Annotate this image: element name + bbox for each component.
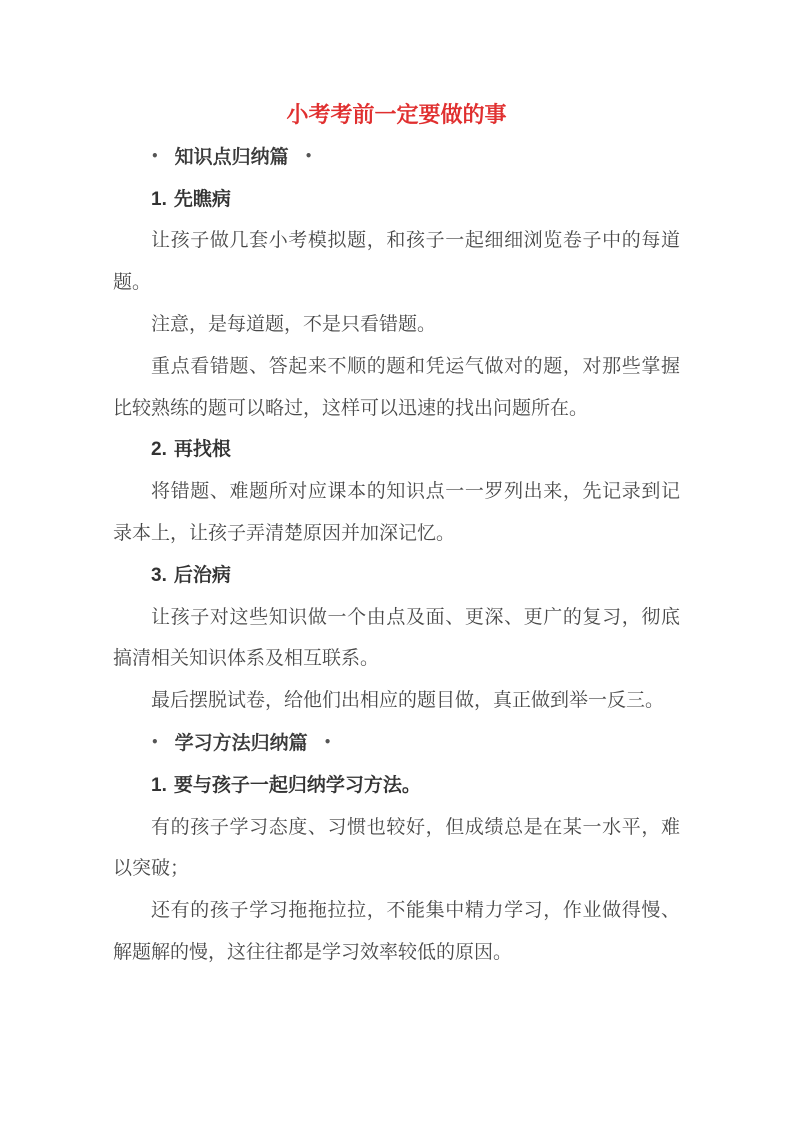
paragraph: 最后摆脱试卷，给他们出相应的题目做，真正做到举一反三。 (113, 680, 680, 722)
document-page: 小考考前一定要做的事 •知识点归纳篇•1.先瞧病让孩子做几套小考模拟题，和孩子一… (0, 0, 793, 1122)
heading-number: 1. (151, 775, 167, 796)
section-bullet-icon: • (151, 735, 159, 749)
list-heading: 1.要与孩子一起归纳学习方法。 (113, 765, 680, 807)
paragraph: 有的孩子学习态度、习惯也较好，但成绩总是在某一水平，难以突破； (113, 807, 680, 891)
section-header-label: 学习方法归纳篇 (175, 733, 308, 754)
heading-text: 要与孩子一起归纳学习方法。 (174, 775, 421, 796)
section-bullet-icon: • (324, 735, 332, 749)
paragraph: 还有的孩子学习拖拖拉拉，不能集中精力学习，作业做得慢、解题解的慢，这往往都是学习… (113, 890, 680, 974)
heading-text: 后治病 (174, 565, 231, 586)
section-bullet-icon: • (305, 149, 313, 163)
paragraph: 将错题、难题所对应课本的知识点一一罗列出来，先记录到记录本上，让孩子弄清楚原因并… (113, 471, 680, 555)
paragraph: 让孩子做几套小考模拟题，和孩子一起细细浏览卷子中的每道题。 (113, 220, 680, 304)
list-heading: 3.后治病 (113, 555, 680, 597)
paragraph: 让孩子对这些知识做一个由点及面、更深、更广的复习，彻底搞清相关知识体系及相互联系… (113, 597, 680, 681)
list-heading: 1.先瞧病 (113, 179, 680, 221)
heading-text: 先瞧病 (174, 189, 231, 210)
paragraph: 注意，是每道题，不是只看错题。 (113, 304, 680, 346)
section-header: •知识点归纳篇• (113, 136, 680, 179)
heading-number: 3. (151, 565, 167, 586)
heading-number: 1. (151, 189, 167, 210)
section-bullet-icon: • (151, 149, 159, 163)
document-sections: •知识点归纳篇•1.先瞧病让孩子做几套小考模拟题，和孩子一起细细浏览卷子中的每道… (113, 136, 680, 974)
document-content: 小考考前一定要做的事 •知识点归纳篇•1.先瞧病让孩子做几套小考模拟题，和孩子一… (113, 94, 680, 974)
document-title: 小考考前一定要做的事 (113, 94, 680, 136)
heading-text: 再找根 (174, 439, 231, 460)
paragraph: 重点看错题、答起来不顺的题和凭运气做对的题，对那些掌握比较熟练的题可以略过，这样… (113, 346, 680, 430)
section-header-label: 知识点归纳篇 (175, 147, 289, 168)
list-heading: 2.再找根 (113, 429, 680, 471)
heading-number: 2. (151, 439, 167, 460)
section-header: •学习方法归纳篇• (113, 722, 680, 765)
